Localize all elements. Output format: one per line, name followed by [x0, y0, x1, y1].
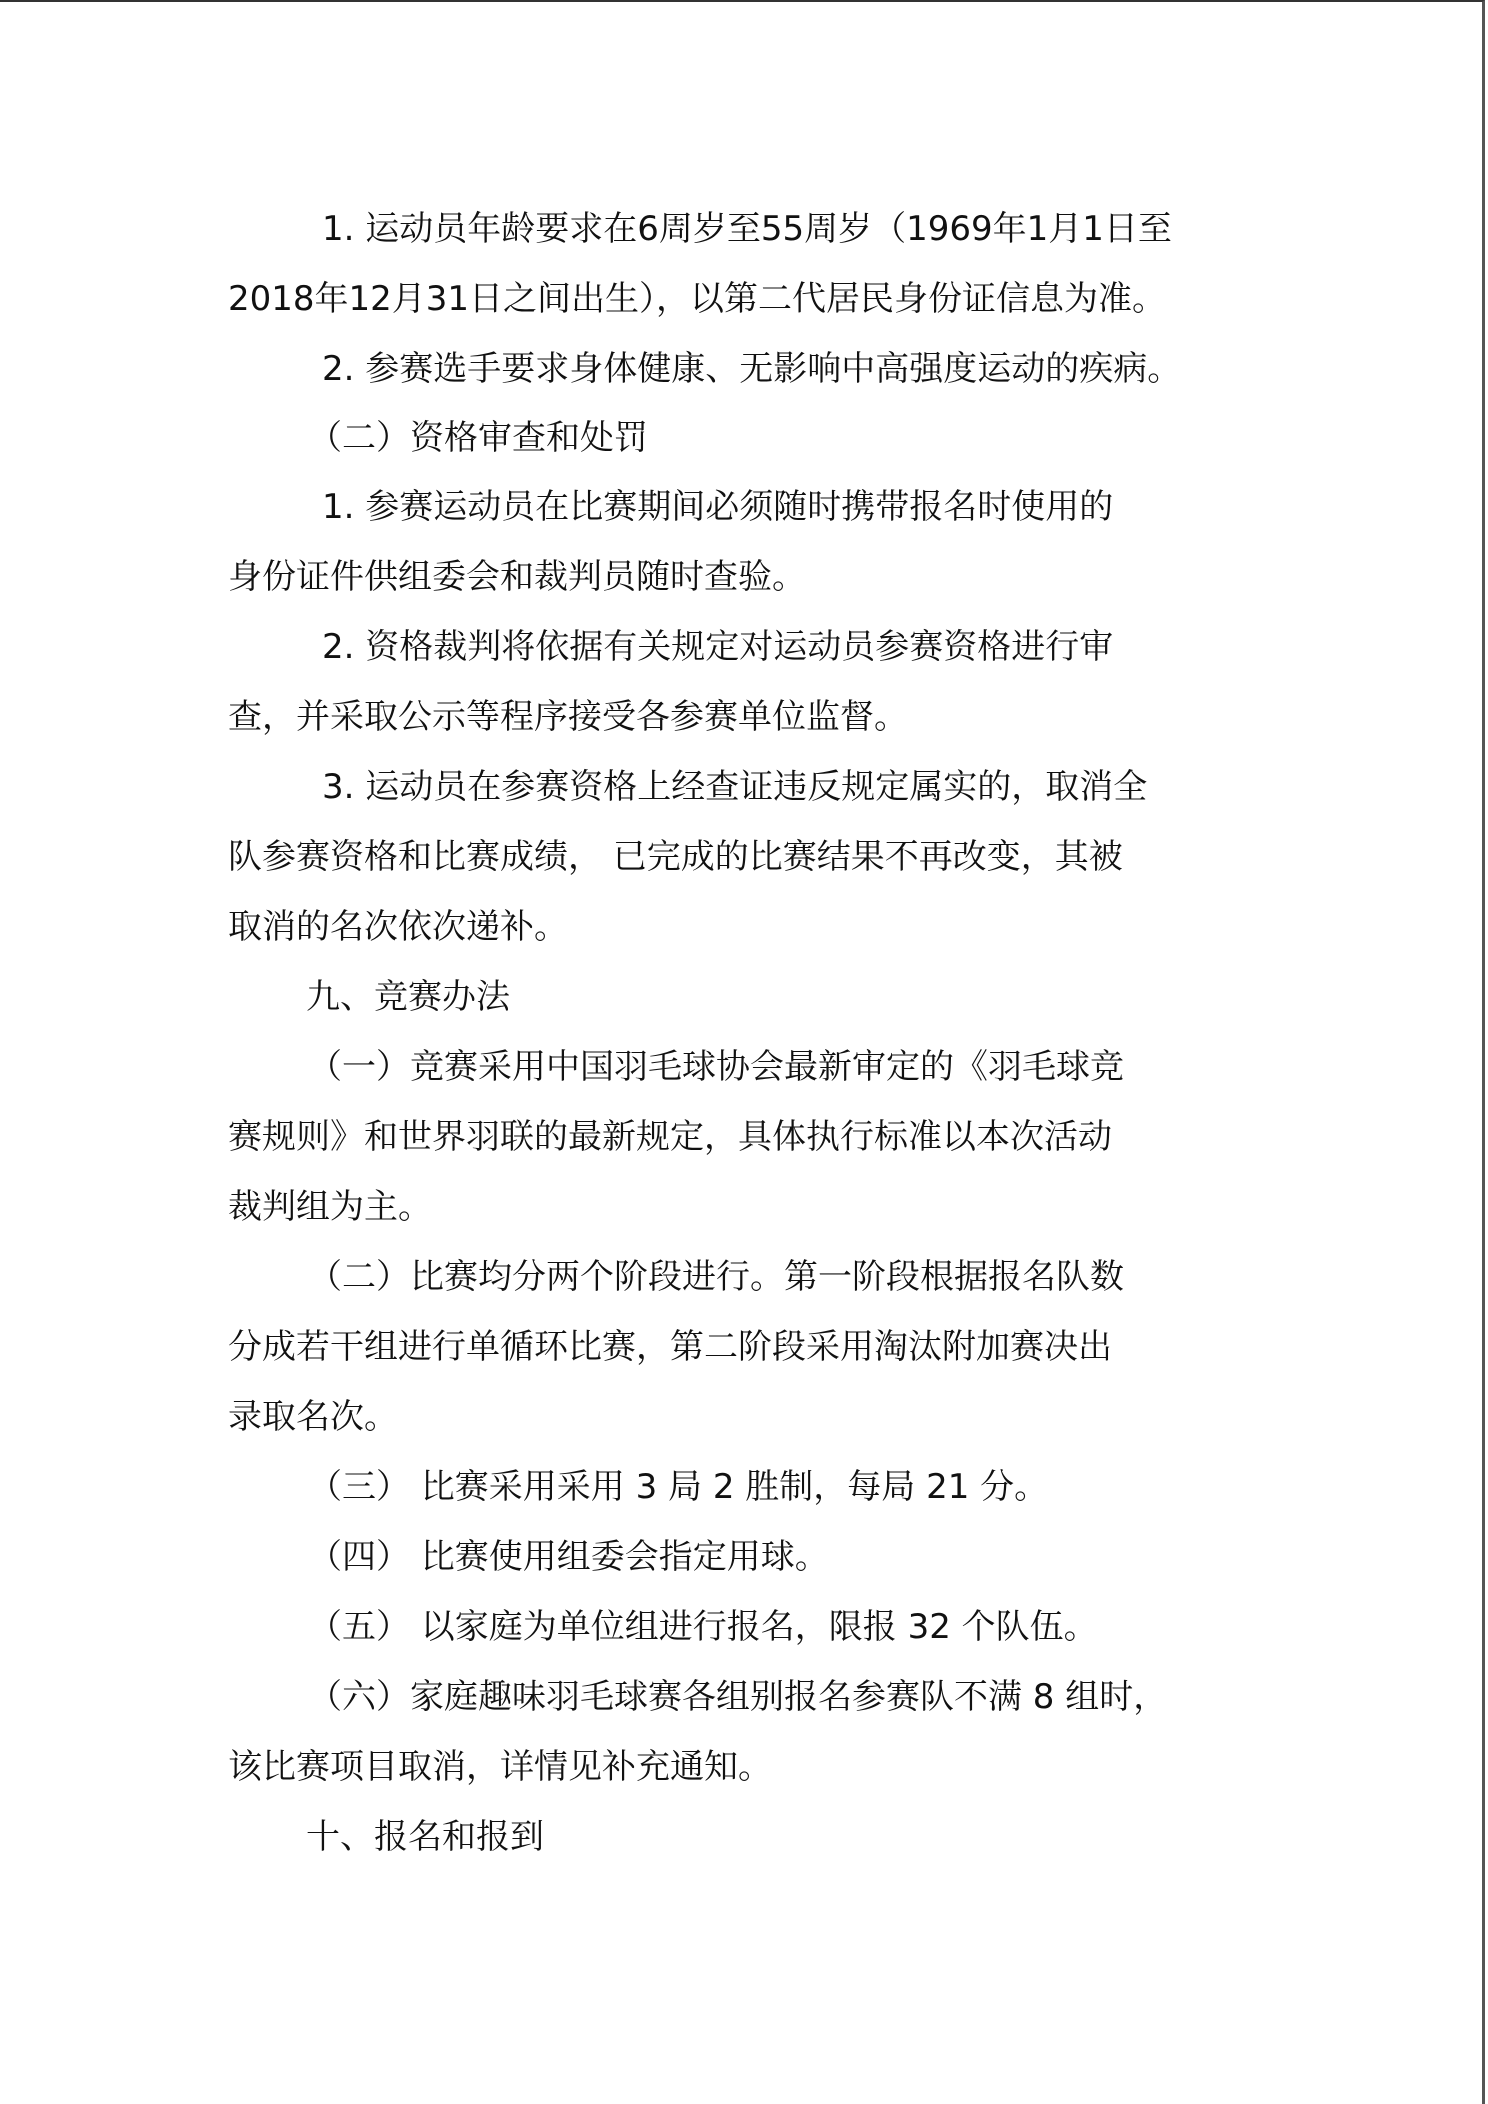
qualification-item-3-cont2: 取消的名次依次递补。 — [228, 904, 568, 950]
eligibility-age-item: 1. 运动员年龄要求在6周岁至55周岁（1969年1月1日至 — [322, 206, 1172, 252]
qualification-item-1-cont: 身份证件供组委会和裁判员随时查验。 — [228, 554, 806, 600]
qualification-item-1: 1. 参赛运动员在比赛期间必须随时携带报名时使用的 — [322, 484, 1113, 530]
rules-item-1-cont: 赛规则》和世界羽联的最新规定，具体执行标准以本次活动 — [228, 1114, 1112, 1160]
rules-item-6-cont: 该比赛项目取消，详情见补充通知。 — [228, 1744, 772, 1790]
rules-item-5: （五） 以家庭为单位组进行报名，限报 32 个队伍。 — [308, 1604, 1098, 1650]
rules-item-1: （一）竞赛采用中国羽毛球协会最新审定的《羽毛球竞 — [308, 1044, 1124, 1090]
section-heading-registration: 十、报名和报到 — [306, 1814, 544, 1860]
qualification-item-2-cont: 查，并采取公示等程序接受各参赛单位监督。 — [228, 694, 908, 740]
section-heading-qualification-review: （二）资格审查和处罚 — [308, 415, 648, 461]
rules-item-2-cont2: 录取名次。 — [228, 1394, 398, 1440]
rules-item-2-cont: 分成若干组进行单循环比赛，第二阶段采用淘汰附加赛决出 — [228, 1324, 1112, 1370]
rules-item-4: （四） 比赛使用组委会指定用球。 — [308, 1534, 829, 1580]
qualification-item-3: 3. 运动员在参赛资格上经查证违反规定属实的，取消全 — [322, 764, 1147, 810]
qualification-item-2: 2. 资格裁判将依据有关规定对运动员参赛资格进行审 — [322, 624, 1113, 670]
eligibility-health-item: 2. 参赛选手要求身体健康、无影响中高强度运动的疾病。 — [322, 346, 1181, 392]
rules-item-6: （六）家庭趣味羽毛球赛各组别报名参赛队不满 8 组时， — [308, 1674, 1167, 1720]
document-page: 1. 运动员年龄要求在6周岁至55周岁（1969年1月1日至 2018年12月3… — [0, 0, 1485, 2104]
rules-item-1-cont2: 裁判组为主。 — [228, 1184, 432, 1230]
rules-item-2: （二）比赛均分两个阶段进行。第一阶段根据报名队数 — [308, 1254, 1124, 1300]
eligibility-age-item-cont: 2018年12月31日之间出生），以第二代居民身份证信息为准。 — [228, 276, 1166, 322]
rules-item-3: （三） 比赛采用采用 3 局 2 胜制，每局 21 分。 — [308, 1464, 1048, 1510]
qualification-item-3-cont: 队参赛资格和比赛成绩， 已完成的比赛结果不再改变，其被 — [228, 834, 1123, 880]
section-heading-competition-rules: 九、竞赛办法 — [306, 974, 510, 1020]
